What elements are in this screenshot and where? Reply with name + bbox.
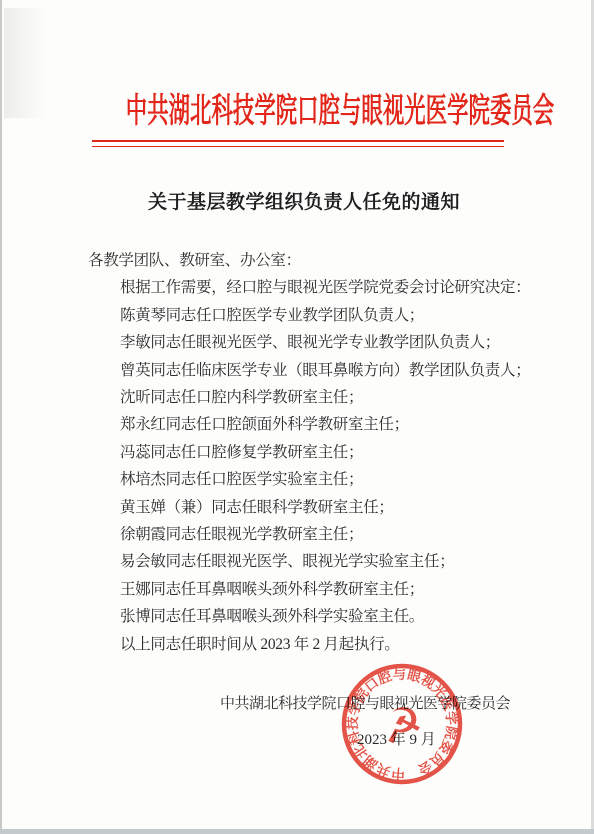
seal-ring-text: 中共湖北科技学院口腔与眼视光医学院委员会 bbox=[333, 655, 471, 793]
body-paragraph: 陈黄琴同志任口腔医学专业教学团队负责人； bbox=[88, 302, 528, 329]
scan-edge-bottom bbox=[0, 829, 594, 834]
body-paragraph: 王娜同志任耳鼻咽喉头颈外科学教研室主任； bbox=[88, 576, 528, 603]
body-paragraph: 沈昕同志任口腔内科学教研室主任； bbox=[88, 384, 528, 411]
body-paragraph: 冯蕊同志任口腔修复学教研室主任； bbox=[88, 439, 528, 466]
salutation: 各教学团队、教研室、办公室： bbox=[88, 247, 528, 274]
body-paragraph: 林培杰同志任口腔医学实验室主任； bbox=[88, 466, 528, 493]
body-paragraph: 李敏同志任眼视光医学、眼视光学专业教学团队负责人； bbox=[88, 329, 528, 356]
signature-date: 2023 年 9 月 bbox=[357, 728, 436, 749]
scan-edge-left bbox=[0, 0, 2, 834]
body-paragraph: 以上同志任职时间从 2023 年 2 月起执行。 bbox=[88, 631, 528, 658]
body-paragraph: 张博同志任耳鼻咽喉头颈外科学实验室主任。 bbox=[88, 603, 528, 630]
letterhead: 中共湖北科技学院口腔与眼视光医学院委员会 bbox=[0, 92, 594, 132]
document-body: 各教学团队、教研室、办公室： 根据工作需要，经口腔与眼视光医学院党委会讨论研究决… bbox=[88, 247, 528, 658]
body-paragraph: 郑永红同志任口腔颌面外科学教研室主任； bbox=[88, 411, 528, 438]
body-paragraph: 徐朝霞同志任眼视光学教研室主任； bbox=[88, 521, 528, 548]
seal-ring bbox=[333, 655, 471, 793]
letterhead-title: 中共湖北科技学院口腔与眼视光医学院委员会 bbox=[126, 92, 554, 132]
body-paragraph: 黄玉婵（兼）同志任眼科学教研室主任； bbox=[88, 494, 528, 521]
signature-name: 中共湖北科技学院口腔与眼视光医学院委员会 bbox=[220, 692, 510, 713]
document-page: 中共湖北科技学院口腔与眼视光医学院委员会 关于基层教学组织负责人任免的通知 各教… bbox=[0, 0, 594, 834]
body-paragraph: 曾英同志任临床医学专业（眼耳鼻喉方向）教学团队负责人； bbox=[88, 357, 528, 384]
official-seal: 中共湖北科技学院口腔与眼视光医学院委员会 ☭ bbox=[313, 635, 491, 813]
document-title: 关于基层教学组织负责人任免的通知 bbox=[7, 187, 594, 214]
body-paragraph: 易会敏同志任眼视光医学、眼视光学实验室主任； bbox=[88, 548, 528, 575]
red-double-rule bbox=[92, 140, 504, 147]
body-paragraph: 根据工作需要，经口腔与眼视光医学院党委会讨论研究决定： bbox=[88, 274, 528, 301]
